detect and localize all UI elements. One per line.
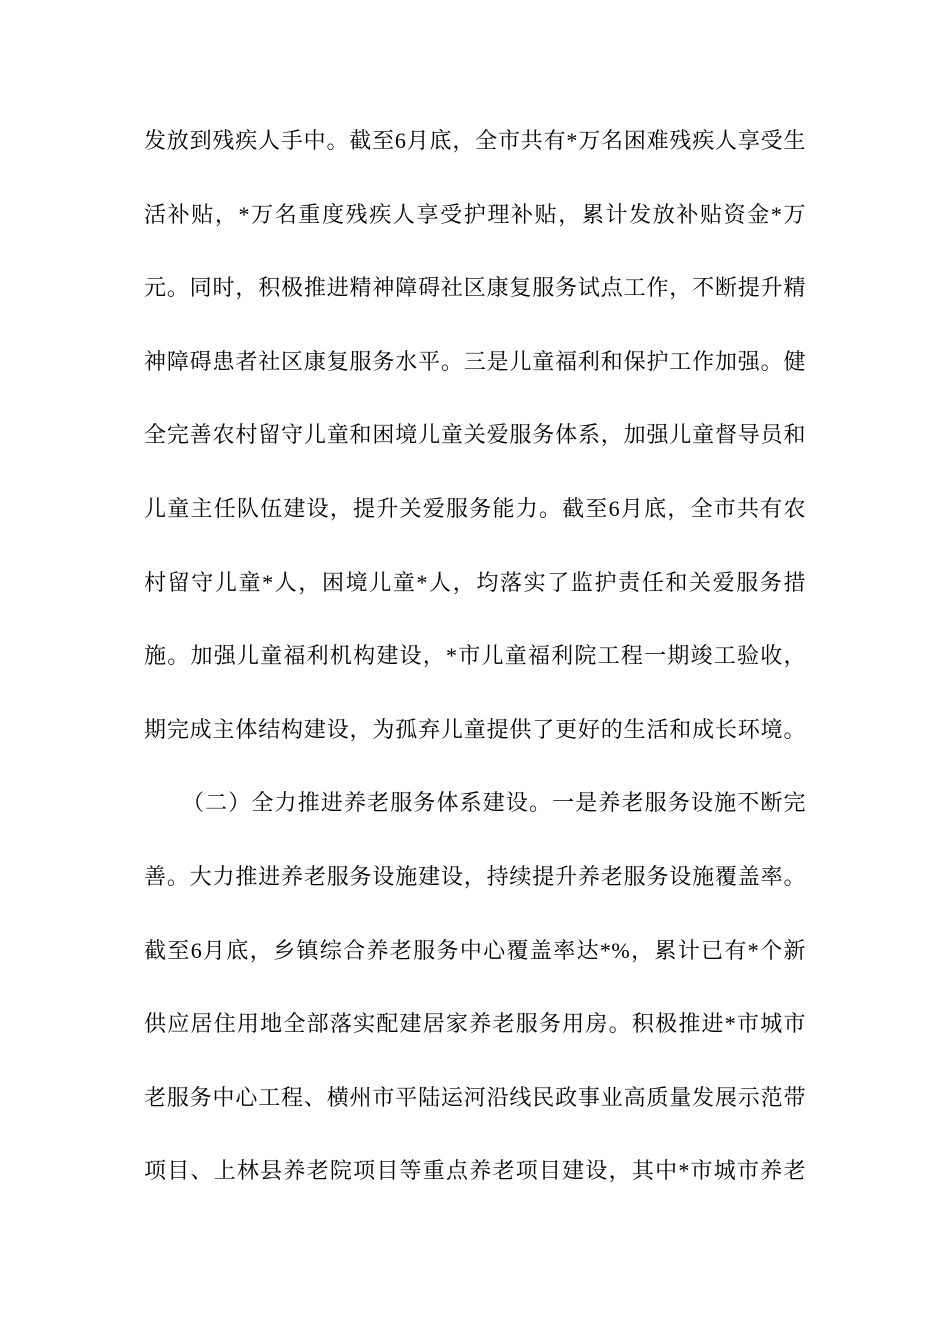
document-text-block: 发放到残疾人手中。截至6月底，全市共有*万名困难残疾人享受生 活补贴，*万名重度… — [144, 104, 806, 1208]
text-line: 老服务中心工程、横州市平陆运河沿线民政事业高质量发展示范带 — [144, 1061, 806, 1135]
text-line: 元。同时，积极推进精神障碍社区康复服务试点工作，不断提升精 — [144, 251, 806, 325]
text-line: 善。大力推进养老服务设施建设，持续提升养老服务设施覆盖率。 — [144, 840, 806, 914]
text-line: 项目、上林县养老院项目等重点养老项目建设，其中*市城市养老服 — [144, 1134, 806, 1208]
document-page: 发放到残疾人手中。截至6月底，全市共有*万名困难残疾人享受生 活补贴，*万名重度… — [0, 0, 950, 1344]
text-line: 全完善农村留守儿童和困境儿童关爱服务体系，加强儿童督导员和 — [144, 398, 806, 472]
text-line: 发放到残疾人手中。截至6月底，全市共有*万名困难残疾人享受生 — [144, 104, 806, 178]
text-line-paragraph-start: （二）全力推进养老服务体系建设。一是养老服务设施不断完 — [144, 766, 806, 840]
text-line: 施。加强儿童福利机构建设，*市儿童福利院工程一期竣工验收，二 — [144, 619, 806, 693]
text-line: 儿童主任队伍建设，提升关爱服务能力。截至6月底，全市共有农 — [144, 472, 806, 546]
text-line: 神障碍患者社区康复服务水平。三是儿童福利和保护工作加强。健 — [144, 325, 806, 399]
text-line: 村留守儿童*人，困境儿童*人，均落实了监护责任和关爱服务措 — [144, 546, 806, 620]
text-line: 截至6月底，乡镇综合养老服务中心覆盖率达*%，累计已有*个新 — [144, 914, 806, 988]
text-line: 期完成主体结构建设，为孤弃儿童提供了更好的生活和成长环境。 — [144, 693, 806, 767]
text-line: 供应居住用地全部落实配建居家养老服务用房。积极推进*市城市养 — [144, 987, 806, 1061]
text-line: 活补贴，*万名重度残疾人享受护理补贴，累计发放补贴资金*万 — [144, 178, 806, 252]
